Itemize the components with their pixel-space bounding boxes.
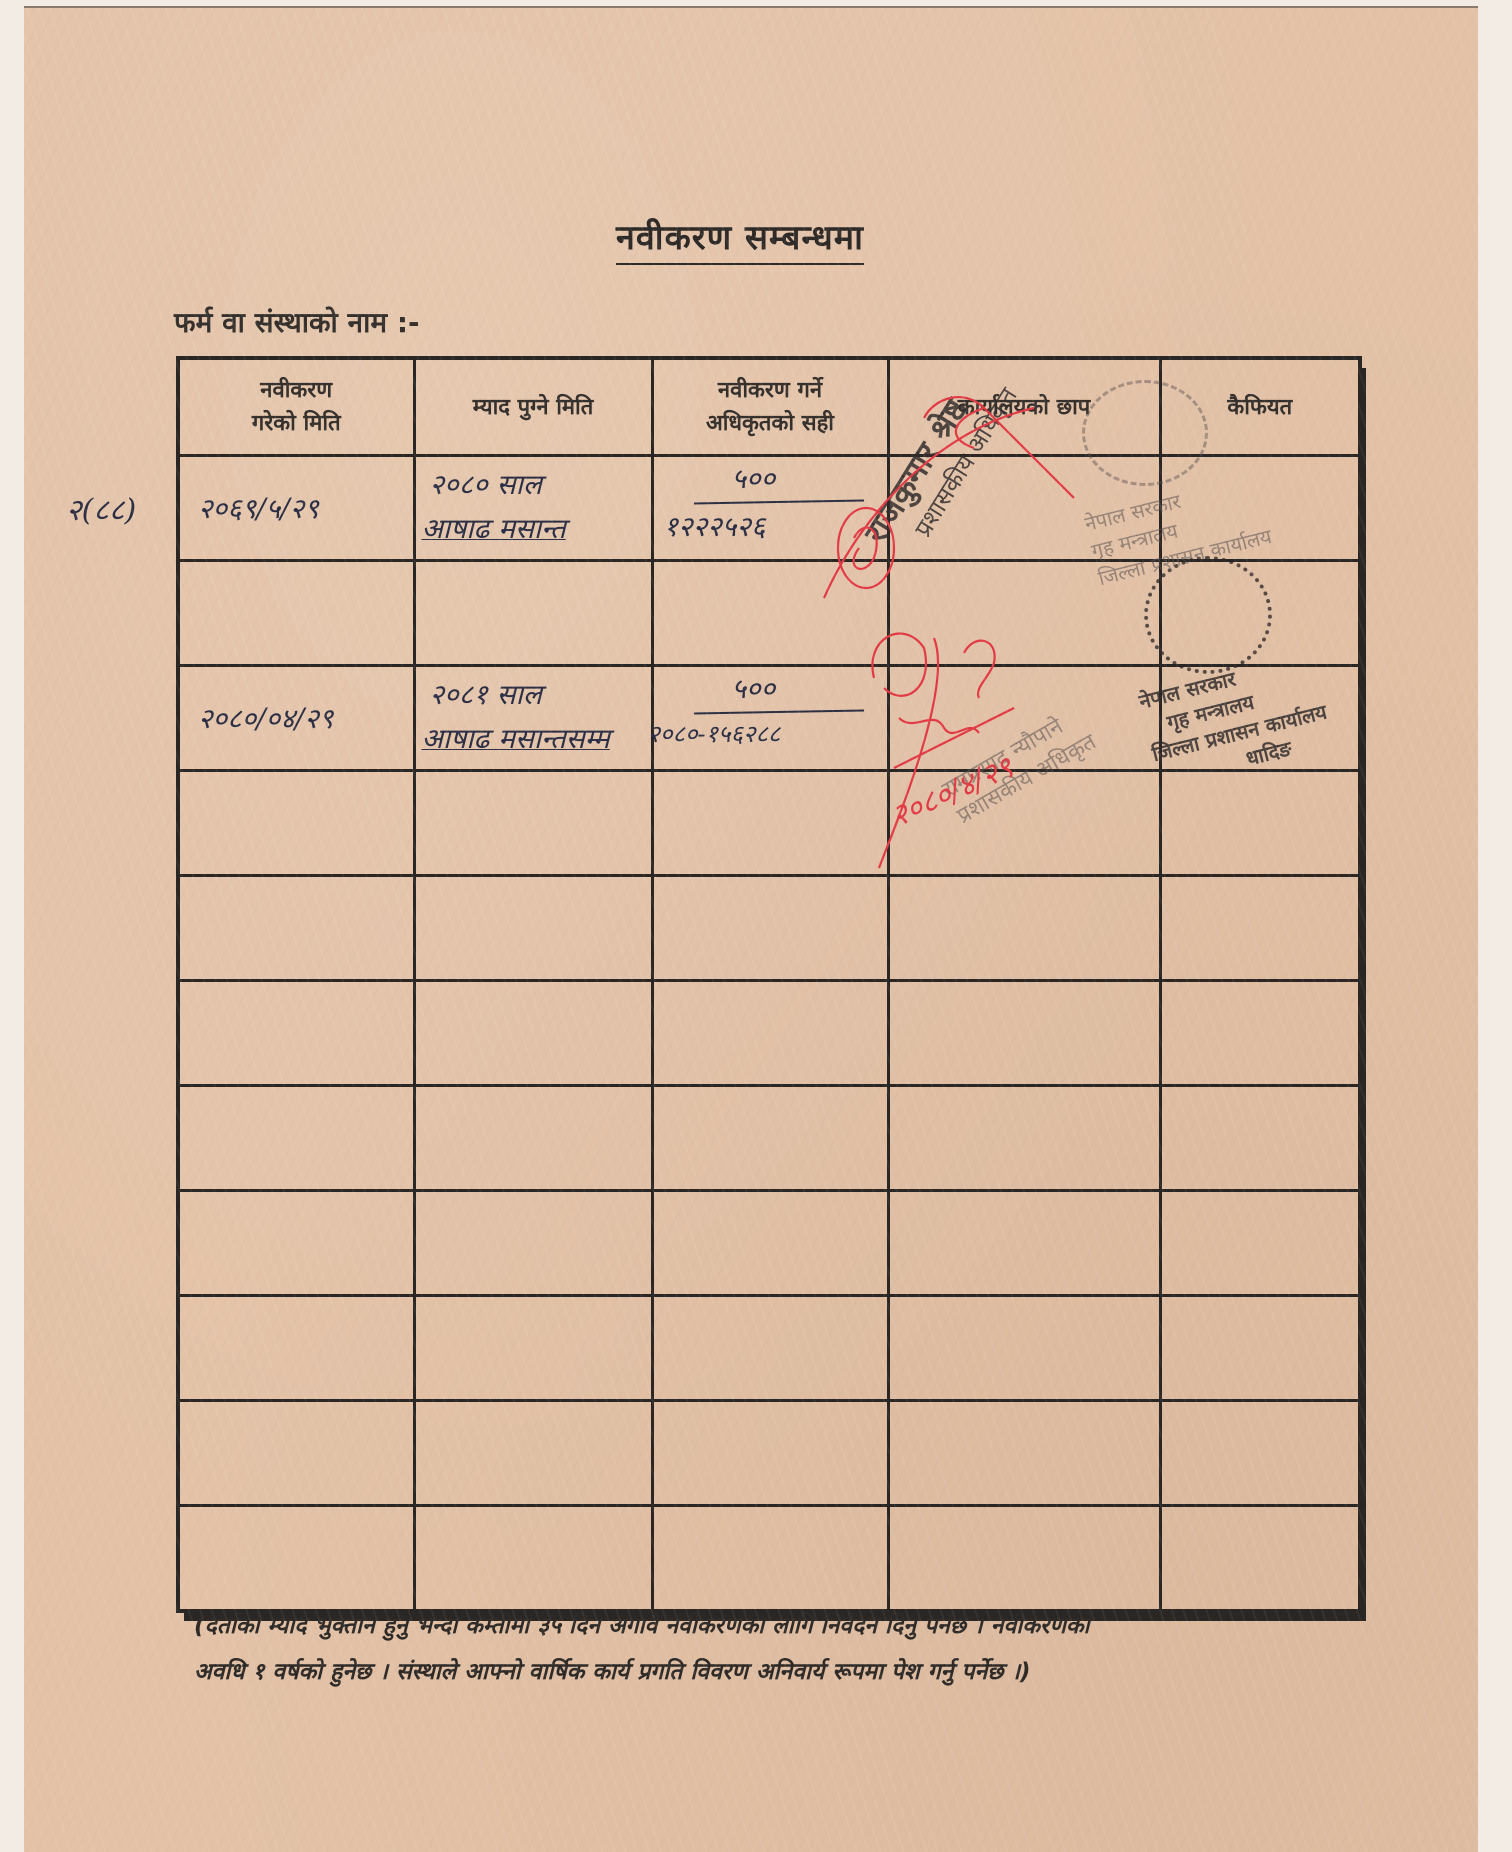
remarks-cell [1160, 456, 1360, 561]
receipt-number: १२२२५२६ [664, 507, 766, 545]
footnote-line-2: अवधि १ वर्षको हुनेछ । संस्थाले आफ्नो वार… [194, 1649, 1384, 1695]
table-header-row: नवीकरण गरेको मिति म्याद पुग्ने मिति नवीक… [178, 358, 1360, 456]
header-remarks: कैफियत [1160, 358, 1360, 456]
office-stamp-cell [888, 561, 1160, 666]
fee-amount: ५०० [732, 669, 776, 707]
table-row [178, 1086, 1360, 1191]
officer-signature-cell: ५०० २०८०-१५६२८८ [652, 666, 888, 771]
margin-note: २(८८) [66, 488, 136, 529]
firm-name-field[interactable] [524, 300, 1224, 336]
expiry-date-cell: २०८० साल आषाढ मसान्त [414, 456, 652, 561]
table-row [178, 561, 1360, 666]
table-row [178, 1296, 1360, 1401]
expiry-date-cell: २०८१ साल आषाढ मसान्तसम्म [414, 666, 652, 771]
document-title: नवीकरण सम्बन्धमा [616, 213, 864, 265]
expiry-date-cell [414, 561, 652, 666]
fee-amount: ५०० [732, 459, 776, 497]
table-row [178, 771, 1360, 876]
officer-signature-cell: ५०० १२२२५२६ [652, 456, 888, 561]
remarks-cell [1160, 666, 1360, 771]
header-officer-signature: नवीकरण गर्ने अधिकृतको सही [652, 358, 888, 456]
header-office-stamp: कार्यालयको छाप [888, 358, 1160, 456]
footnote: (दर्ताको म्याद भुक्तान हुनु भन्दा कम्तीम… [194, 1603, 1384, 1695]
renewal-date-cell [178, 561, 414, 666]
office-stamp-cell [888, 666, 1160, 771]
renewal-date-cell: २०८०/०४/२९ [178, 666, 414, 771]
header-renewal-date: नवीकरण गरेको मिति [178, 358, 414, 456]
office-stamp-cell [888, 456, 1160, 561]
table-row: २०८०/०४/२९ २०८१ साल आषाढ मसान्तसम्म ५०० … [178, 666, 1360, 771]
table-row [178, 1191, 1360, 1296]
remarks-cell [1160, 561, 1360, 666]
table-row [178, 1401, 1360, 1506]
footnote-line-1: (दर्ताको म्याद भुक्तान हुनु भन्दा कम्तीम… [194, 1603, 1384, 1649]
firm-name-label: फर्म वा संस्थाको नाम :- [174, 303, 420, 341]
table-row: २०६९/५/२९ २०८० साल आषाढ मसान्त ५०० १२२२५… [178, 456, 1360, 561]
header-expiry-date: म्याद पुग्ने मिति [414, 358, 652, 456]
officer-signature-cell [652, 561, 888, 666]
receipt-number: २०८०-१५६२८८ [648, 717, 781, 750]
table-row [178, 1506, 1360, 1612]
table-row [178, 876, 1360, 981]
renewal-date-cell: २०६९/५/२९ [178, 456, 414, 561]
renewal-table: नवीकरण गरेको मिति म्याद पुग्ने मिति नवीक… [176, 356, 1362, 1613]
table-row [178, 981, 1360, 1086]
scanned-form-page: नवीकरण सम्बन्धमा फर्म वा संस्थाको नाम :-… [24, 6, 1478, 1852]
